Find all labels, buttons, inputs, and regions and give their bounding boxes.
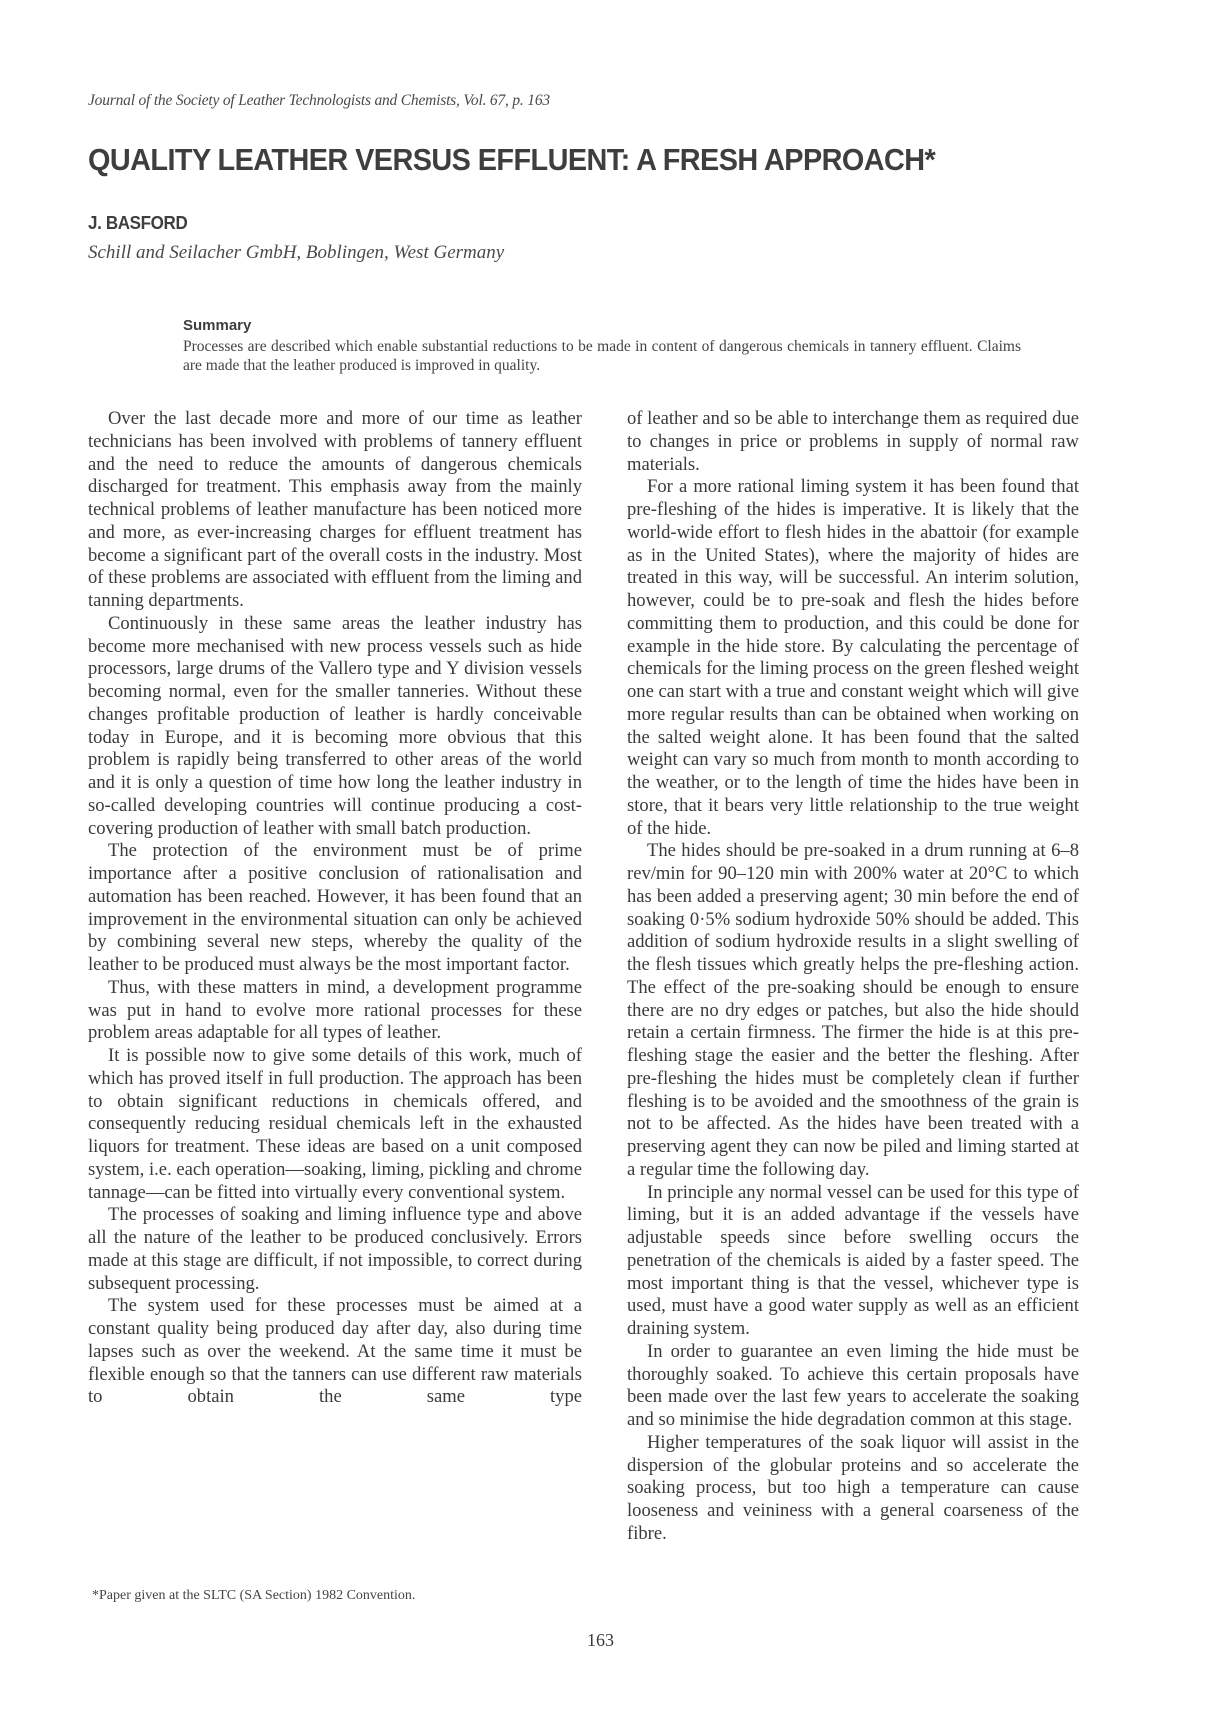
paragraph: Thus, with these matters in mind, a deve…	[88, 977, 582, 1045]
paragraph: The system used for these processes must…	[88, 1295, 582, 1409]
paragraph: For a more rational liming system it has…	[627, 476, 1079, 840]
author-affiliation: Schill and Seilacher GmbH, Boblingen, We…	[88, 242, 504, 264]
paragraph: Over the last decade more and more of ou…	[88, 408, 582, 613]
body-left-column: Over the last decade more and more of ou…	[88, 408, 582, 1409]
paragraph: The hides should be pre-soaked in a drum…	[627, 840, 1079, 1181]
journal-citation: Journal of the Society of Leather Techno…	[88, 92, 550, 110]
summary-heading: Summary	[183, 316, 1021, 336]
summary-text: Processes are described which enable sub…	[183, 337, 1021, 376]
summary-block: Summary Processes are described which en…	[183, 316, 1021, 376]
paragraph: Higher temperatures of the soak liquor w…	[627, 1432, 1079, 1546]
article-title: QUALITY LEATHER VERSUS EFFLUENT: A FRESH…	[88, 142, 935, 178]
paragraph: In principle any normal vessel can be us…	[627, 1182, 1079, 1341]
paragraph: The processes of soaking and liming infl…	[88, 1204, 582, 1295]
page-number: 163	[587, 1630, 614, 1651]
author-name: J. BASFORD	[88, 212, 187, 234]
paragraph: It is possible now to give some details …	[88, 1045, 582, 1204]
paragraph: Continuously in these same areas the lea…	[88, 613, 582, 841]
paragraph: The protection of the environment must b…	[88, 840, 582, 977]
body-right-column: of leather and so be able to interchange…	[627, 408, 1079, 1546]
paragraph-continued: of leather and so be able to interchange…	[627, 408, 1079, 476]
paragraph: In order to guarantee an even liming the…	[627, 1341, 1079, 1432]
footnote: *Paper given at the SLTC (SA Section) 19…	[92, 1588, 415, 1604]
